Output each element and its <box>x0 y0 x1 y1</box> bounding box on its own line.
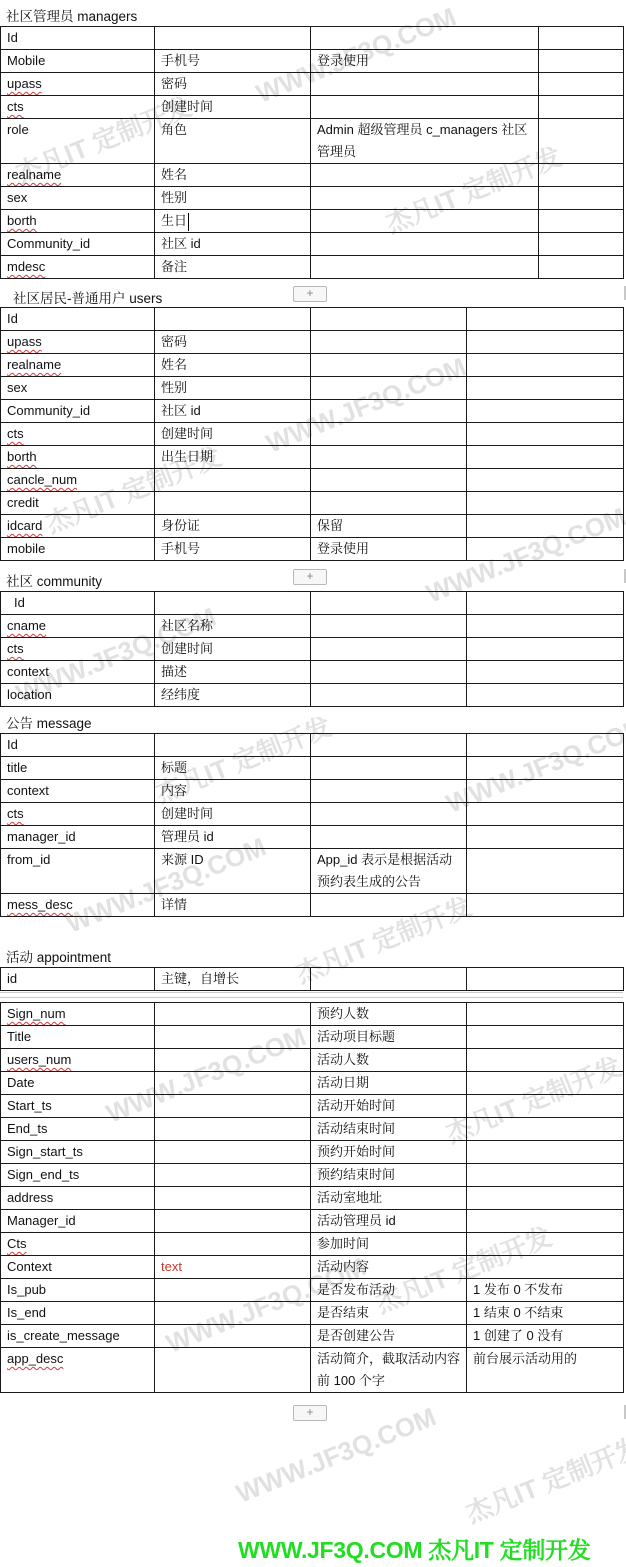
section-title-users: 社区居民-普通用户 users <box>13 287 162 307</box>
field-name: id <box>1 968 155 991</box>
field-name: Date <box>1 1072 155 1095</box>
table-row: location经纬度 <box>1 684 624 707</box>
field-extra <box>539 119 624 164</box>
field-desc: 预约人数 <box>311 1003 467 1026</box>
field-extra <box>467 757 624 780</box>
field-name: role <box>1 119 155 164</box>
field-desc: 活动日期 <box>311 1072 467 1095</box>
field-note <box>311 592 467 615</box>
field-desc: 来源 ID <box>155 849 311 894</box>
field-note <box>311 780 467 803</box>
field-name: borth <box>1 446 155 469</box>
field-name: mess_desc <box>1 894 155 917</box>
field-desc: 是否发布活动 <box>311 1279 467 1302</box>
field-desc: 活动人数 <box>311 1049 467 1072</box>
field-desc: 预约开始时间 <box>311 1141 467 1164</box>
field-name: Title <box>1 1026 155 1049</box>
field-extra: 1 创建了 0 没有 <box>467 1325 624 1348</box>
field-type: text <box>155 1256 311 1279</box>
table-appointment: Sign_num预约人数 Title活动项目标题 users_num活动人数 D… <box>0 1002 624 1393</box>
field-extra <box>467 492 624 515</box>
table-row: cts创建时间 <box>1 423 624 446</box>
field-note: App_id 表示是根据活动预约表生成的公告 <box>311 849 467 894</box>
section-title-community: 社区 community <box>6 570 102 590</box>
table-row: upass密码 <box>1 331 624 354</box>
field-name: Id <box>1 734 155 757</box>
section-title-appointment: 活动 appointment <box>6 946 111 966</box>
field-name: upass <box>1 331 155 354</box>
field-extra <box>467 1003 624 1026</box>
table-row: app_desc活动简介，截取活动内容前 100 个字前台展示活动用的 <box>1 1348 624 1393</box>
table-row: cts创建时间 <box>1 803 624 826</box>
field-note <box>311 803 467 826</box>
field-note <box>311 423 467 446</box>
field-name: title <box>1 757 155 780</box>
field-extra <box>539 73 624 96</box>
field-extra <box>467 1049 624 1072</box>
section-title-managers: 社区管理员 managers <box>6 5 137 25</box>
table-row: Start_ts活动开始时间 <box>1 1095 624 1118</box>
field-name: End_ts <box>1 1118 155 1141</box>
field-type <box>155 1072 311 1095</box>
field-name: realname <box>1 164 155 187</box>
table-users: Id upass密码 realname姓名 sex性别 Community_id… <box>0 307 624 561</box>
table-row: Id <box>1 734 624 757</box>
field-desc: 性别 <box>155 187 311 210</box>
field-note <box>311 256 539 279</box>
field-desc: 活动开始时间 <box>311 1095 467 1118</box>
table-row: context描述 <box>1 661 624 684</box>
field-extra <box>467 1141 624 1164</box>
field-extra <box>467 377 624 400</box>
field-desc: 预约结束时间 <box>311 1164 467 1187</box>
field-extra <box>467 515 624 538</box>
field-desc: 主键，自增长 <box>155 968 311 991</box>
field-note <box>311 308 467 331</box>
field-note <box>311 331 467 354</box>
field-extra <box>467 1118 624 1141</box>
field-extra: 1 发布 0 不发布 <box>467 1279 624 1302</box>
field-extra <box>467 592 624 615</box>
table-row: Is_end是否结束1 结束 0 不结束 <box>1 1302 624 1325</box>
field-name: Sign_end_ts <box>1 1164 155 1187</box>
field-type <box>155 1302 311 1325</box>
field-type <box>155 1348 311 1393</box>
field-name: Id <box>1 308 155 331</box>
table-row: borth出生日期 <box>1 446 624 469</box>
field-desc: 出生日期 <box>155 446 311 469</box>
section-title-message: 公告 message <box>6 712 92 732</box>
field-extra <box>467 780 624 803</box>
field-note <box>311 446 467 469</box>
table-row: sex性别 <box>1 377 624 400</box>
table-row: cancle_num <box>1 469 624 492</box>
field-desc: 创建时间 <box>155 423 311 446</box>
field-desc: 手机号 <box>155 538 311 561</box>
field-type <box>155 1164 311 1187</box>
field-note <box>311 400 467 423</box>
field-type <box>155 1049 311 1072</box>
field-name: Start_ts <box>1 1095 155 1118</box>
text-cursor <box>188 213 189 231</box>
field-note <box>311 968 467 991</box>
table-row: Sign_end_ts预约结束时间 <box>1 1164 624 1187</box>
field-name: manager_id <box>1 826 155 849</box>
field-extra <box>467 661 624 684</box>
field-extra <box>467 615 624 638</box>
field-desc <box>155 308 311 331</box>
table-row: Community_id社区 id <box>1 233 624 256</box>
field-type <box>155 1141 311 1164</box>
field-name: Id <box>1 27 155 50</box>
field-desc: 姓名 <box>155 164 311 187</box>
field-extra <box>467 684 624 707</box>
field-extra <box>467 469 624 492</box>
table-row: End_ts活动结束时间 <box>1 1118 624 1141</box>
table-row: Id <box>1 592 624 615</box>
field-desc: 是否结束 <box>311 1302 467 1325</box>
table-row: sex性别 <box>1 187 624 210</box>
field-note: 登录使用 <box>311 50 539 73</box>
table-row: Sign_start_ts预约开始时间 <box>1 1141 624 1164</box>
field-name: address <box>1 1187 155 1210</box>
field-desc <box>155 27 311 50</box>
table-row: cts创建时间 <box>1 96 624 119</box>
field-name: cname <box>1 615 155 638</box>
table-community: Id cname社区名称 cts创建时间 context描述 location经… <box>0 591 624 707</box>
field-extra <box>539 27 624 50</box>
field-extra <box>539 96 624 119</box>
field-extra <box>539 164 624 187</box>
field-name: mobile <box>1 538 155 561</box>
field-desc <box>155 734 311 757</box>
field-name: cts <box>1 423 155 446</box>
field-extra <box>467 1164 624 1187</box>
add-row-button[interactable]: + <box>293 1405 327 1421</box>
field-type <box>155 1003 311 1026</box>
table-row: mobile手机号登录使用 <box>1 538 624 561</box>
table-row: is_create_message是否创建公告1 创建了 0 没有 <box>1 1325 624 1348</box>
field-extra <box>539 256 624 279</box>
field-extra <box>467 538 624 561</box>
field-note <box>311 757 467 780</box>
table-message: Id title标题 context内容 cts创建时间 manager_id管… <box>0 733 624 917</box>
field-extra <box>467 734 624 757</box>
field-note <box>311 734 467 757</box>
field-desc: 活动室地址 <box>311 1187 467 1210</box>
field-desc: 角色 <box>155 119 311 164</box>
field-extra <box>467 423 624 446</box>
field-name: credit <box>1 492 155 515</box>
field-type <box>155 1210 311 1233</box>
field-extra <box>467 1210 624 1233</box>
table-row: from_id来源 IDApp_id 表示是根据活动预约表生成的公告 <box>1 849 624 894</box>
field-name: mdesc <box>1 256 155 279</box>
table-row: mess_desc详情 <box>1 894 624 917</box>
table-row: Id <box>1 27 624 50</box>
field-desc: 密码 <box>155 73 311 96</box>
field-extra <box>467 1072 624 1095</box>
table-row: role角色Admin 超级管理员 c_managers 社区管理员 <box>1 119 624 164</box>
field-extra <box>467 1095 624 1118</box>
field-desc: 密码 <box>155 331 311 354</box>
field-type <box>155 1279 311 1302</box>
field-desc: 身份证 <box>155 515 311 538</box>
field-desc: 手机号 <box>155 50 311 73</box>
field-note <box>311 661 467 684</box>
field-extra <box>467 894 624 917</box>
field-note <box>311 73 539 96</box>
field-type <box>155 1095 311 1118</box>
field-extra <box>467 968 624 991</box>
table-row: borth生日 <box>1 210 624 233</box>
field-note <box>311 377 467 400</box>
table-row: credit <box>1 492 624 515</box>
field-extra: 前台展示活动用的 <box>467 1348 624 1393</box>
field-note: 登录使用 <box>311 538 467 561</box>
field-name: Context <box>1 1256 155 1279</box>
table-row: mdesc备注 <box>1 256 624 279</box>
field-desc: 活动内容 <box>311 1256 467 1279</box>
field-extra <box>467 826 624 849</box>
field-name: idcard <box>1 515 155 538</box>
field-note: Admin 超级管理员 c_managers 社区管理员 <box>311 119 539 164</box>
field-name: users_num <box>1 1049 155 1072</box>
table-row: users_num活动人数 <box>1 1049 624 1072</box>
field-extra <box>467 354 624 377</box>
field-extra <box>467 400 624 423</box>
field-name: Manager_id <box>1 1210 155 1233</box>
watermark: WWW.JF3Q.COM <box>232 1401 440 1509</box>
field-desc: 创建时间 <box>155 96 311 119</box>
field-desc: 内容 <box>155 780 311 803</box>
table-row: Is_pub是否发布活动1 发布 0 不发布 <box>1 1279 624 1302</box>
table-row: cname社区名称 <box>1 615 624 638</box>
field-desc: 活动项目标题 <box>311 1026 467 1049</box>
field-desc: 活动结束时间 <box>311 1118 467 1141</box>
table-row: cts创建时间 <box>1 638 624 661</box>
field-type <box>155 1187 311 1210</box>
table-row: manager_id管理员 id <box>1 826 624 849</box>
field-type <box>155 1325 311 1348</box>
field-extra <box>467 331 624 354</box>
field-desc[interactable]: 生日 <box>155 210 311 233</box>
field-note <box>311 492 467 515</box>
field-name: Sign_start_ts <box>1 1141 155 1164</box>
table-row: Date活动日期 <box>1 1072 624 1095</box>
field-name: cts <box>1 638 155 661</box>
field-name: Sign_num <box>1 1003 155 1026</box>
field-desc: 社区名称 <box>155 615 311 638</box>
field-note <box>311 210 539 233</box>
field-extra <box>467 638 624 661</box>
field-note <box>311 638 467 661</box>
table-row: Id <box>1 308 624 331</box>
field-desc: 描述 <box>155 661 311 684</box>
field-extra <box>467 446 624 469</box>
field-desc: 姓名 <box>155 354 311 377</box>
field-note <box>311 354 467 377</box>
field-extra <box>467 1256 624 1279</box>
table-row: Manager_id活动管理员 id <box>1 1210 624 1233</box>
field-desc: 社区 id <box>155 400 311 423</box>
table-managers: Id Mobile手机号登录使用 upass密码 cts创建时间 role角色A… <box>0 26 624 279</box>
field-note <box>311 233 539 256</box>
field-name: app_desc <box>1 1348 155 1393</box>
field-name: Community_id <box>1 233 155 256</box>
field-desc <box>155 469 311 492</box>
field-desc: 管理员 id <box>155 826 311 849</box>
field-note <box>311 164 539 187</box>
field-extra: 1 结束 0 不结束 <box>467 1302 624 1325</box>
field-extra <box>467 1026 624 1049</box>
field-note <box>311 684 467 707</box>
field-desc: 创建时间 <box>155 638 311 661</box>
field-desc: 创建时间 <box>155 803 311 826</box>
field-note <box>311 469 467 492</box>
field-desc: 经纬度 <box>155 684 311 707</box>
table-row: context内容 <box>1 780 624 803</box>
field-note <box>311 894 467 917</box>
field-name: borth <box>1 210 155 233</box>
table-row: Cts参加时间 <box>1 1233 624 1256</box>
field-desc: 社区 id <box>155 233 311 256</box>
field-name: Mobile <box>1 50 155 73</box>
table-row: Title活动项目标题 <box>1 1026 624 1049</box>
field-desc: 参加时间 <box>311 1233 467 1256</box>
field-name: upass <box>1 73 155 96</box>
table-row: realname姓名 <box>1 354 624 377</box>
add-row-button[interactable]: + <box>293 569 327 585</box>
field-name: Is_pub <box>1 1279 155 1302</box>
field-name: Community_id <box>1 400 155 423</box>
field-desc: 是否创建公告 <box>311 1325 467 1348</box>
add-row-button[interactable]: + <box>293 286 327 302</box>
table-row: Contexttext活动内容 <box>1 1256 624 1279</box>
field-desc: 标题 <box>155 757 311 780</box>
field-name: sex <box>1 187 155 210</box>
field-desc <box>155 492 311 515</box>
field-type <box>155 1233 311 1256</box>
field-desc: 详情 <box>155 894 311 917</box>
field-type <box>155 1118 311 1141</box>
field-name: cancle_num <box>1 469 155 492</box>
field-extra <box>539 233 624 256</box>
field-note <box>311 96 539 119</box>
field-desc: 性别 <box>155 377 311 400</box>
field-note: 保留 <box>311 515 467 538</box>
field-extra <box>467 308 624 331</box>
table-row: upass密码 <box>1 73 624 96</box>
field-type <box>155 1026 311 1049</box>
field-name: sex <box>1 377 155 400</box>
page-break-divider <box>0 992 623 998</box>
field-name: cts <box>1 96 155 119</box>
field-desc <box>155 592 311 615</box>
table-row: address活动室地址 <box>1 1187 624 1210</box>
field-extra <box>467 1233 624 1256</box>
table-row: idcard身份证保留 <box>1 515 624 538</box>
field-desc: 活动管理员 id <box>311 1210 467 1233</box>
field-extra <box>467 1187 624 1210</box>
table-row: Mobile手机号登录使用 <box>1 50 624 73</box>
field-extra <box>467 803 624 826</box>
field-name: location <box>1 684 155 707</box>
field-desc: 活动简介，截取活动内容前 100 个字 <box>311 1348 467 1393</box>
footer-watermark: WWW.JF3Q.COM 杰凡IT 定制开发 <box>238 1532 590 1565</box>
field-name: Is_end <box>1 1302 155 1325</box>
watermark: 杰凡IT 定制开发 <box>460 1426 626 1530</box>
field-note <box>311 187 539 210</box>
field-desc: 备注 <box>155 256 311 279</box>
field-note <box>311 826 467 849</box>
field-name: context <box>1 780 155 803</box>
field-name: is_create_message <box>1 1325 155 1348</box>
field-extra <box>467 849 624 894</box>
table-appointment-head: id主键，自增长 <box>0 967 624 991</box>
field-name: cts <box>1 803 155 826</box>
field-name: Cts <box>1 1233 155 1256</box>
table-row: realname姓名 <box>1 164 624 187</box>
field-extra <box>539 210 624 233</box>
table-row: title标题 <box>1 757 624 780</box>
field-extra <box>539 187 624 210</box>
field-name: from_id <box>1 849 155 894</box>
field-name: context <box>1 661 155 684</box>
table-row: id主键，自增长 <box>1 968 624 991</box>
field-name: realname <box>1 354 155 377</box>
field-name: Id <box>1 592 155 615</box>
table-row: Community_id社区 id <box>1 400 624 423</box>
table-row: Sign_num预约人数 <box>1 1003 624 1026</box>
field-note <box>311 27 539 50</box>
field-extra <box>539 50 624 73</box>
field-note <box>311 615 467 638</box>
